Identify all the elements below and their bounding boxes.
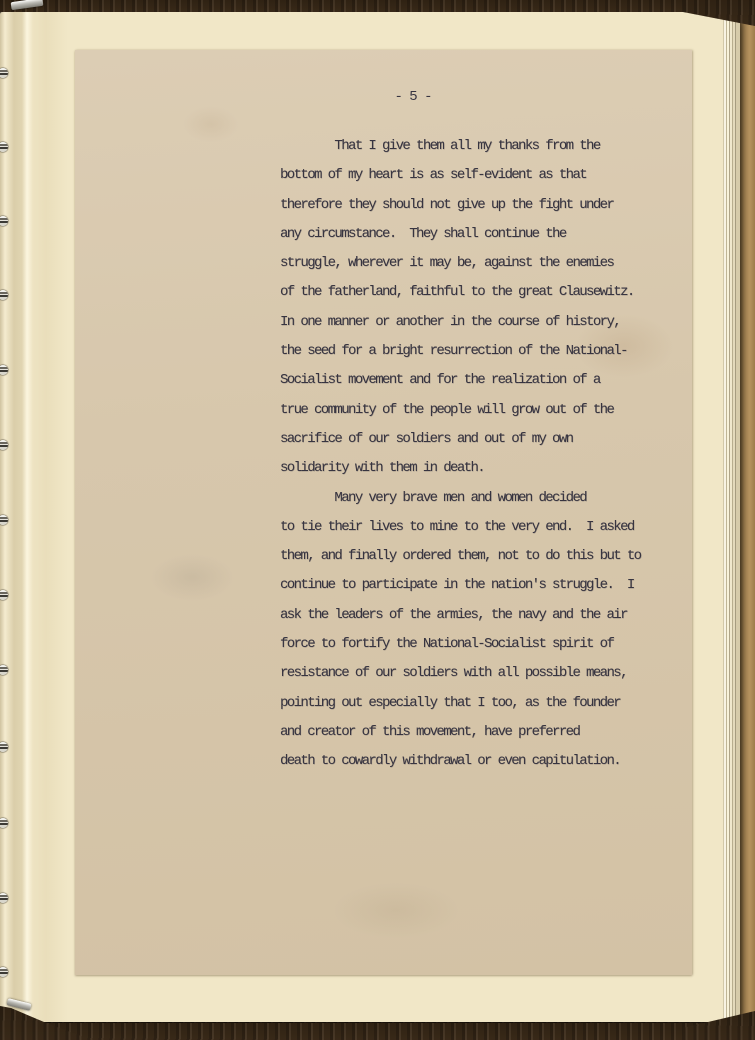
typed-line: the seed for a bright resurrection of th…: [280, 337, 652, 366]
typed-line: of the fatherland, faithful to the great…: [280, 278, 652, 307]
paragraph: That I give them all my thanks from theb…: [280, 132, 652, 484]
page-number: - 5 -: [280, 83, 546, 112]
typed-line: to tie their lives to mine to the very e…: [280, 513, 652, 542]
typed-line: Many very brave men and women decided: [280, 484, 652, 513]
typed-line: any circumstance. They shall continue th…: [280, 220, 652, 249]
typed-line: resistance of our soldiers with all poss…: [280, 659, 652, 688]
typed-line: bottom of my heart is as self-evident as…: [280, 161, 652, 190]
typed-line: and creator of this movement, have prefe…: [280, 718, 652, 747]
page-gutter-shading: [0, 12, 70, 1022]
typed-document-sheet: - 5 - That I give them all my thanks fro…: [75, 50, 692, 975]
book-scan: - 5 - That I give them all my thanks fro…: [0, 0, 755, 1040]
typed-line: struggle, wherever it may be, against th…: [280, 249, 652, 278]
typed-line: true community of the people will grow o…: [280, 396, 652, 425]
typed-line: them, and finally ordered them, not to d…: [280, 542, 652, 571]
paragraph: Many very brave men and women decidedto …: [280, 484, 652, 777]
typed-line: force to fortify the National-Socialist …: [280, 630, 652, 659]
typed-line: In one manner or another in the course o…: [280, 308, 652, 337]
typed-line: continue to participate in the nation's …: [280, 571, 652, 600]
typed-line: therefore they should not give up the fi…: [280, 191, 652, 220]
typed-line: sacrifice of our soldiers and out of my …: [280, 425, 652, 454]
typed-line: death to cowardly withdrawal or even cap…: [280, 747, 652, 776]
typed-text-block: That I give them all my thanks from theb…: [280, 132, 652, 777]
binding-edge-bottom: [0, 1023, 755, 1040]
typed-line: Socialist movement and for the realizati…: [280, 366, 652, 395]
book-cover-fore-edge: [738, 20, 755, 1028]
typed-line: solidarity with them in death.: [280, 454, 652, 483]
stacked-page-edges: [721, 12, 740, 1022]
binding-edge-top: [0, 0, 755, 12]
album-page: - 5 - That I give them all my thanks fro…: [0, 12, 740, 1022]
typed-line: pointing out especially that I too, as t…: [280, 689, 652, 718]
typed-line: That I give them all my thanks from the: [280, 132, 652, 161]
typed-line: ask the leaders of the armies, the navy …: [280, 601, 652, 630]
